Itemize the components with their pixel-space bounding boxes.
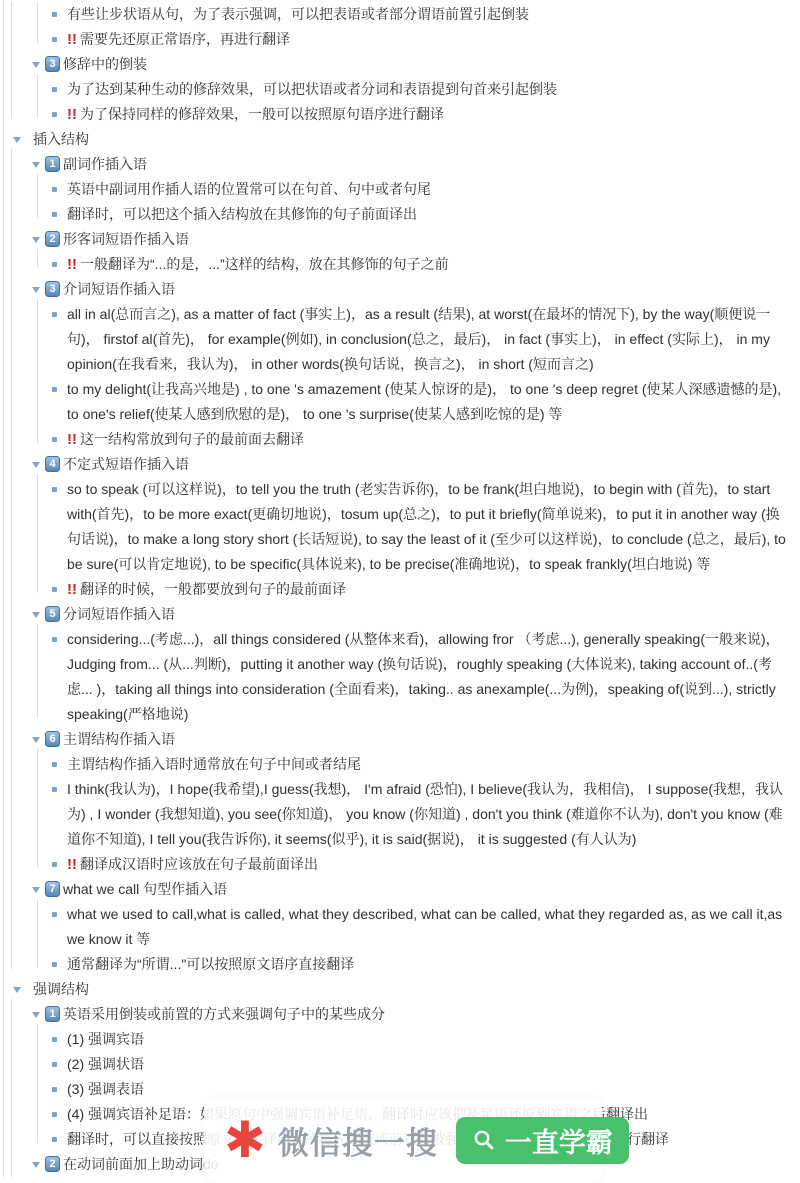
outline-node[interactable]: 5分词短语作插入语	[0, 602, 800, 627]
warn-marker: !!	[67, 106, 77, 123]
outline-node[interactable]: so to speak (可以这样说)，to tell you the trut…	[0, 477, 800, 577]
node-text: 英语中副词用作插人语的位置常可以在句首、句中或者句尾	[67, 181, 431, 197]
collapse-triangle-icon[interactable]	[32, 1012, 40, 1018]
node-text: 通常翻译为“所谓..."可以按照原文语序直接翻译	[67, 956, 354, 972]
outline-node[interactable]: !!翻译成汉语时应该放在句子最前面译出	[0, 852, 800, 877]
node-text: 不定式短语作插入语	[63, 456, 189, 472]
warn-marker: !!	[67, 431, 77, 448]
outline-node[interactable]: 3修辞中的倒装	[0, 52, 800, 77]
outline-node[interactable]: 1副词作插入语	[0, 152, 800, 177]
node-children: all in al(总而言之), as a matter of fact (事实…	[0, 302, 800, 452]
outline-node[interactable]: 2形客词短语作插入语	[0, 227, 800, 252]
node-text: 修辞中的倒装	[63, 56, 147, 72]
bullet-icon	[52, 487, 57, 492]
node-text: 为了达到某种生动的修辞效果，可以把状语或者分词和表语提到句首来引起倒装	[67, 81, 557, 97]
node-text: 需要先还原正常语序，再进行翻译	[80, 31, 290, 47]
bullet-icon	[52, 437, 57, 442]
bullet-icon	[52, 1087, 57, 1092]
collapse-triangle-icon[interactable]	[32, 612, 40, 618]
watermark-brand-text: 微信搜一搜	[278, 1118, 438, 1163]
outline-node[interactable]: !!需要先还原正常语序，再进行翻译	[0, 27, 800, 52]
bullet-icon	[52, 262, 57, 267]
collapse-triangle-icon[interactable]	[13, 987, 21, 993]
node-text: 翻译的时候，一般都要放到句子的最前面译	[80, 581, 346, 597]
outline-node[interactable]: 4不定式短语作插入语	[0, 452, 800, 477]
node-text: 形客词短语作插入语	[63, 231, 189, 247]
number-badge: 2	[45, 231, 60, 247]
bullet-icon	[52, 1112, 57, 1117]
collapse-triangle-icon[interactable]	[32, 887, 40, 893]
node-text: what we call 句型作插入语	[63, 881, 227, 897]
node-text: considering...(考虑...)，all things conside…	[67, 631, 780, 722]
outline-node[interactable]: to my delight(让我高兴地是) , to one 's amazem…	[0, 377, 800, 427]
bullet-icon	[52, 587, 57, 592]
node-text: to my delight(让我高兴地是) , to one 's amazem…	[67, 381, 781, 422]
number-badge: 4	[45, 456, 60, 472]
outline-node[interactable]: !!翻译的时候，一般都要放到句子的最前面译	[0, 577, 800, 602]
outline-node-section[interactable]: 强调结构	[0, 977, 800, 1002]
collapse-triangle-icon[interactable]	[13, 137, 21, 143]
outline-node[interactable]: !!这一结构常放到句子的最前面去翻译	[0, 427, 800, 452]
node-text: I think(我认为)，I hope(我希望),I guess(我想)， I'…	[67, 781, 783, 847]
bullet-icon	[52, 637, 57, 642]
node-text: 英语采用倒装或前置的方式来强调句子中的某些成分	[63, 1006, 385, 1022]
warn-marker: !!	[67, 256, 77, 273]
node-children: 为了达到某种生动的修辞效果，可以把状语或者分词和表语提到句首来引起倒装 !!为了…	[0, 77, 800, 127]
collapse-triangle-icon[interactable]	[32, 462, 40, 468]
outline-document: 有些让步状语从句，为了表示强调，可以把表语或者部分谓语前置引起倒装 !!需要先还…	[0, 0, 800, 1177]
node-text: 强调结构	[33, 981, 89, 997]
bullet-icon	[52, 387, 57, 392]
node-children: 英语中副词用作插人语的位置常可以在句首、句中或者句尾 翻译时，可以把这个插入结构…	[0, 177, 800, 227]
warn-marker: !!	[67, 856, 77, 873]
collapse-triangle-icon[interactable]	[32, 1162, 40, 1168]
node-text: 一般翻译为“...的是，...”这样的结构，放在其修饰的句子之前	[80, 256, 449, 272]
bullet-icon	[52, 787, 57, 792]
bullet-icon	[52, 312, 57, 317]
outline-node-section[interactable]: 插入结构	[0, 127, 800, 152]
collapse-triangle-icon[interactable]	[32, 62, 40, 68]
bullet-icon	[52, 112, 57, 117]
number-badge: 5	[45, 606, 60, 622]
node-text: 翻译时，可以把这个插入结构放在其修饰的句子前面译出	[67, 206, 417, 222]
watermark-search-button: 一直学霸	[456, 1117, 629, 1164]
bullet-icon	[52, 962, 57, 967]
watermark-card: ✱ 微信搜一搜 一直学霸	[204, 1097, 602, 1183]
outline-node[interactable]: 为了达到某种生动的修辞效果，可以把状语或者分词和表语提到句首来引起倒装	[0, 77, 800, 102]
number-badge: 3	[45, 281, 60, 297]
section-children-cut: 有些让步状语从句，为了表示强调，可以把表语或者部分谓语前置引起倒装 !!需要先还…	[0, 2, 800, 127]
bullet-icon	[52, 37, 57, 42]
node-children: !!一般翻译为“...的是，...”这样的结构，放在其修饰的句子之前	[0, 252, 800, 277]
collapse-triangle-icon[interactable]	[32, 237, 40, 243]
node-text: what we used to call,what is called, wha…	[67, 906, 782, 947]
node-children: 主谓结构作插入语时通常放在句子中间或者结尾 I think(我认为)，I hop…	[0, 752, 800, 877]
bullet-icon	[52, 187, 57, 192]
node-children: 有些让步状语从句，为了表示强调，可以把表语或者部分谓语前置引起倒装 !!需要先还…	[0, 2, 800, 52]
watermark-cta-text: 一直学霸	[505, 1121, 613, 1160]
section-children: 1副词作插入语 英语中副词用作插人语的位置常可以在句首、句中或者句尾 翻译时，可…	[0, 152, 800, 977]
outline-node[interactable]: I think(我认为)，I hope(我希望),I guess(我想)， I'…	[0, 777, 800, 852]
node-text: 副词作插入语	[63, 156, 147, 172]
collapse-triangle-icon[interactable]	[32, 737, 40, 743]
node-text: 在动词前面加上助动词do	[63, 1156, 219, 1172]
outline-node[interactable]: considering...(考虑...)，all things conside…	[0, 627, 800, 727]
node-text: 分词短语作插入语	[63, 606, 175, 622]
node-text: 这一结构常放到句子的最前面去翻译	[80, 431, 304, 447]
node-text: (1) 强调宾语	[67, 1031, 144, 1047]
number-badge: 6	[45, 731, 60, 747]
outline-node[interactable]: 主谓结构作插入语时通常放在句子中间或者结尾	[0, 752, 800, 777]
node-text: 介词短语作插入语	[63, 281, 175, 297]
node-text: 为了保持同样的修辞效果，一般可以按照原句语序进行翻译	[80, 106, 444, 122]
bullet-icon	[52, 212, 57, 217]
bullet-icon	[52, 87, 57, 92]
bullet-icon	[52, 12, 57, 17]
outline-node[interactable]: 3介词短语作插入语	[0, 277, 800, 302]
node-text: (3) 强调表语	[67, 1081, 144, 1097]
collapse-triangle-icon[interactable]	[32, 287, 40, 293]
outline-node[interactable]: !!一般翻译为“...的是，...”这样的结构，放在其修饰的句子之前	[0, 252, 800, 277]
node-text: 主谓结构作插入语	[63, 731, 175, 747]
bullet-icon	[52, 862, 57, 867]
number-badge: 7	[45, 881, 60, 897]
outline-node[interactable]: what we used to call,what is called, wha…	[0, 902, 800, 952]
outline-node[interactable]: 7what we call 句型作插入语	[0, 877, 800, 902]
magnifier-icon	[472, 1128, 496, 1152]
outline-node[interactable]: 1英语采用倒装或前置的方式来强调句子中的某些成分	[0, 1002, 800, 1027]
node-children: so to speak (可以这样说)，to tell you the trut…	[0, 477, 800, 602]
bullet-icon	[52, 1062, 57, 1067]
outline-node[interactable]: !!为了保持同样的修辞效果，一般可以按照原句语序进行翻译	[0, 102, 800, 127]
bullet-icon	[52, 1137, 57, 1142]
outline-node[interactable]: (1) 强调宾语	[0, 1027, 800, 1052]
warn-marker: !!	[67, 31, 77, 48]
node-text: 插入结构	[33, 131, 89, 147]
number-badge: 3	[45, 56, 60, 72]
node-text: so to speak (可以这样说)，to tell you the trut…	[67, 481, 786, 572]
node-text: 翻译成汉语时应该放在句子最前面译出	[80, 856, 318, 872]
bullet-icon	[52, 762, 57, 767]
bullet-icon	[52, 1037, 57, 1042]
outline-node[interactable]: 有些让步状语从句，为了表示强调，可以把表语或者部分谓语前置引起倒装	[0, 2, 800, 27]
collapse-triangle-icon[interactable]	[32, 162, 40, 168]
node-text: (2) 强调状语	[67, 1056, 144, 1072]
outline-node[interactable]: 6主谓结构作插入语	[0, 727, 800, 752]
outline-node[interactable]: 英语中副词用作插人语的位置常可以在句首、句中或者句尾	[0, 177, 800, 202]
node-text: all in al(总而言之), as a matter of fact (事实…	[67, 306, 770, 372]
node-children: what we used to call,what is called, wha…	[0, 902, 800, 977]
number-badge: 2	[45, 1156, 60, 1172]
number-badge: 1	[45, 1006, 60, 1022]
node-text: 有些让步状语从句，为了表示强调，可以把表语或者部分谓语前置引起倒装	[67, 6, 529, 22]
bullet-icon	[52, 912, 57, 917]
outline-node[interactable]: 翻译时，可以把这个插入结构放在其修饰的句子前面译出	[0, 202, 800, 227]
node-text: 主谓结构作插入语时通常放在句子中间或者结尾	[67, 756, 361, 772]
outline-node[interactable]: 通常翻译为“所谓..."可以按照原文语序直接翻译	[0, 952, 800, 977]
outline-node[interactable]: (2) 强调状语	[0, 1052, 800, 1077]
node-children: considering...(考虑...)，all things conside…	[0, 627, 800, 727]
warn-marker: !!	[67, 581, 77, 598]
wechat-search-logo-icon: ✱	[224, 1115, 266, 1165]
outline-node[interactable]: all in al(总而言之), as a matter of fact (事实…	[0, 302, 800, 377]
number-badge: 1	[45, 156, 60, 172]
